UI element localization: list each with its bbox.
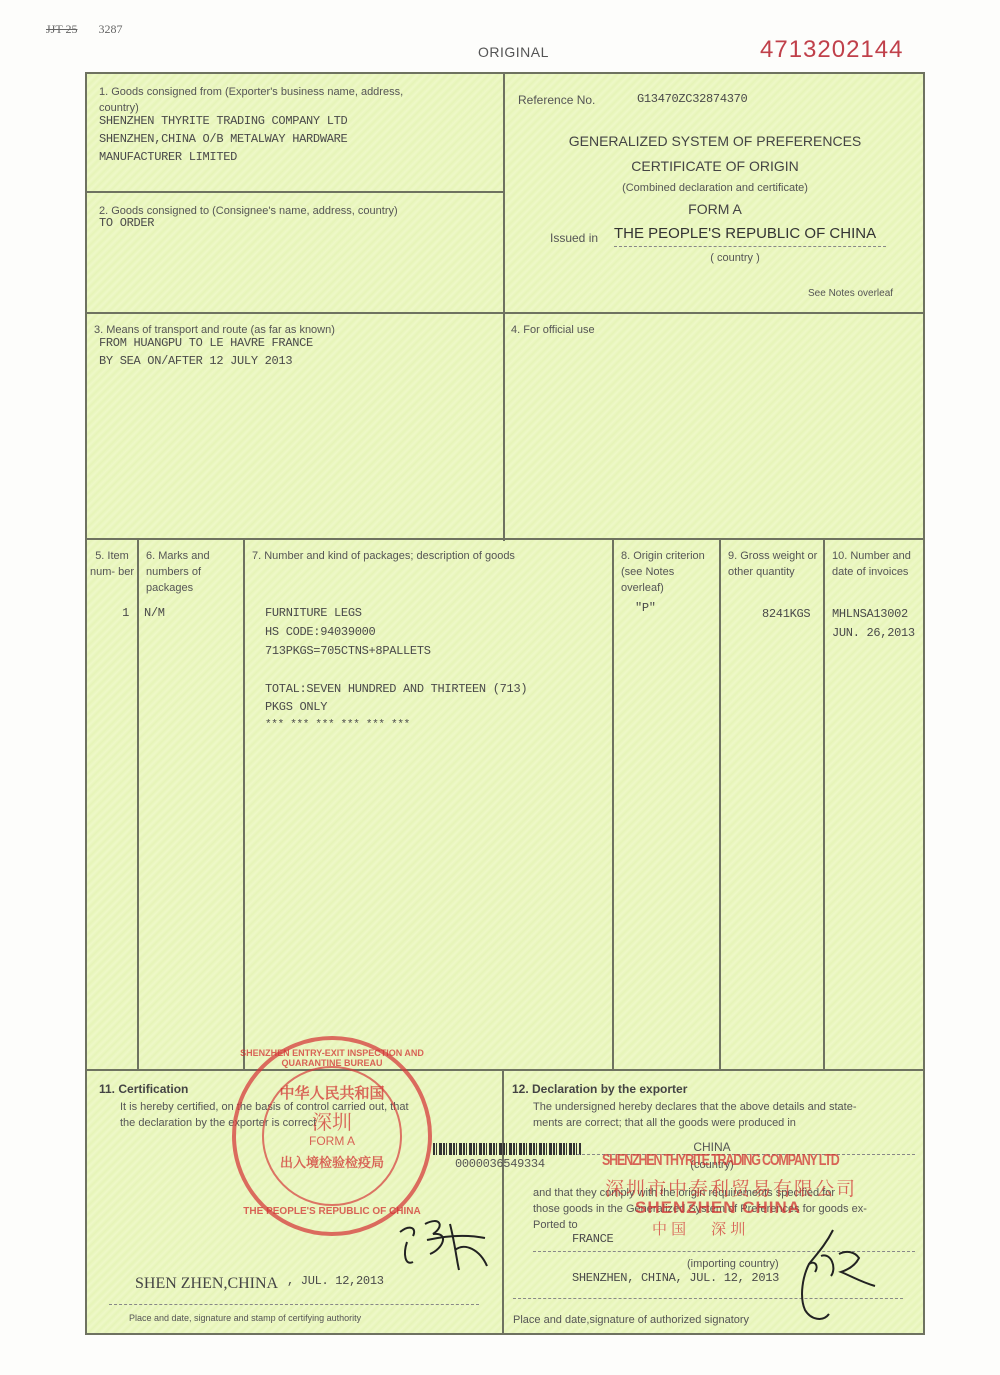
exporter-signature — [775, 1226, 885, 1326]
divider — [612, 539, 614, 1070]
title-certificate: CERTIFICATE OF ORIGIN — [505, 157, 925, 175]
certification-date: , JUL. 12,2013 — [287, 1272, 384, 1290]
box12-title: 12. Declaration by the exporter — [512, 1080, 687, 1098]
issued-underline — [614, 246, 886, 247]
item-number: 1 — [89, 604, 129, 622]
barcode-number: 0000036549334 — [455, 1155, 545, 1173]
origin-criterion: "P" — [635, 599, 656, 617]
box11-title: 11. Certification — [99, 1080, 188, 1098]
declaration-text-1: The undersigned hereby declares that the… — [533, 1099, 857, 1115]
consignee-value: TO ORDER — [99, 214, 154, 232]
divider — [243, 539, 245, 1070]
declaration-place-date: SHENZHEN, CHINA, JUL. 12, 2013 — [572, 1269, 779, 1287]
description-line: 713PKGS=705CTNS+8PALLETS — [265, 642, 431, 660]
stamp-inner-top: 中华人民共和国 — [236, 1082, 428, 1103]
issued-label: Issued in — [550, 230, 598, 246]
divider — [87, 1069, 925, 1071]
copy-label: ORIGINAL — [478, 44, 549, 60]
form-name: FORM A — [505, 200, 925, 218]
divider — [87, 538, 925, 540]
route-line-1: FROM HUANGPU TO LE HAVRE FRANCE — [99, 334, 313, 352]
notes-overleaf: See Notes overleaf — [808, 286, 893, 302]
divider — [87, 312, 925, 314]
description-line: HS CODE:94039000 — [265, 623, 375, 641]
description-line: TOTAL:SEVEN HUNDRED AND THIRTEEN (713) — [265, 680, 527, 698]
declaration-text-5: Ported to — [533, 1217, 578, 1233]
company-stamp-line2: 深圳市中泰利贸易有限公司 — [605, 1174, 857, 1201]
exporter-line-3: MANUFACTURER LIMITED — [99, 148, 237, 166]
box4-label: 4. For official use — [511, 322, 595, 338]
official-stamp: SHENZHEN ENTRY-EXIT INSPECTION AND QUARA… — [232, 1036, 432, 1236]
invoice-number: MHLNSA13002 — [832, 605, 908, 623]
divider — [823, 539, 825, 1070]
stamp-form: FORM A — [236, 1134, 428, 1148]
declaration-caption: Place and date,signature of authorized s… — [513, 1312, 749, 1328]
route-line-2: BY SEA ON/AFTER 12 JULY 2013 — [99, 352, 292, 370]
title-gsp: GENERALIZED SYSTEM OF PREFERENCES — [505, 132, 925, 150]
description-line: PKGS ONLY — [265, 698, 327, 716]
stamp-inner-bottom: 出入境检验检疫局 — [236, 1152, 428, 1171]
issued-country: THE PEOPLE'S REPUBLIC OF CHINA — [614, 225, 876, 243]
exporter-line-2: SHENZHEN,CHINA O/B METALWAY HARDWARE — [99, 130, 347, 148]
divider — [502, 1070, 504, 1335]
reference-label: Reference No. — [518, 92, 595, 108]
gross-weight: 8241KGS — [762, 605, 810, 623]
header-marks: 6. Marks and numbers of packages — [146, 548, 236, 596]
certifier-signature — [395, 1214, 495, 1274]
declaration-text-2: ments are correct; that all the goods we… — [533, 1115, 796, 1131]
certification-underline — [109, 1304, 479, 1305]
reference-number: G13470ZC32874370 — [637, 90, 747, 108]
importing-country: FRANCE — [572, 1230, 613, 1248]
title-subtitle: (Combined declaration and certificate) — [505, 179, 925, 197]
invoice-date: JUN. 26,2013 — [832, 624, 915, 642]
handwritten-code: 3287 — [98, 22, 122, 36]
header-invoice: 10. Number and date of invoices — [832, 548, 922, 580]
header-description: 7. Number and kind of packages; descript… — [252, 548, 602, 564]
company-stamp-line4: 中 国 深 圳 — [652, 1218, 745, 1239]
certification-caption: Place and date, signature and stamp of c… — [129, 1310, 361, 1326]
description-line: *** *** *** *** *** *** — [265, 716, 410, 734]
certificate-form: 1. Goods consigned from (Exporter's busi… — [85, 72, 925, 1335]
marks-value: N/M — [144, 604, 165, 622]
country-caption: ( country ) — [505, 250, 965, 266]
struck-code: JJT 25 — [46, 22, 77, 36]
company-stamp-line1: SHENZHEN THYRITE TRADING COMPANY LTD — [602, 1152, 839, 1170]
header-weight: 9. Gross weight or other quantity — [728, 548, 818, 580]
certification-place: SHEN ZHEN,CHINA — [135, 1275, 278, 1293]
divider — [137, 539, 139, 1070]
divider — [87, 191, 505, 193]
divider — [719, 539, 721, 1070]
header-item: 5. Item num- ber — [89, 548, 135, 580]
header-origin: 8. Origin criterion (see Notes overleaf) — [621, 548, 711, 596]
stamp-city: 深圳 — [236, 1106, 428, 1135]
handwritten-reference: JJT 25 3287 — [46, 22, 122, 37]
exporter-line-1: SHENZHEN THYRITE TRADING COMPANY LTD — [99, 112, 347, 130]
stamp-outer-top: SHENZHEN ENTRY-EXIT INSPECTION AND QUARA… — [236, 1048, 428, 1068]
company-stamp-line3: SHENZHEN CHINA — [635, 1198, 801, 1218]
serial-number: 4713202144 — [760, 36, 903, 64]
barcode — [433, 1143, 581, 1155]
description-line: FURNITURE LEGS — [265, 604, 362, 622]
